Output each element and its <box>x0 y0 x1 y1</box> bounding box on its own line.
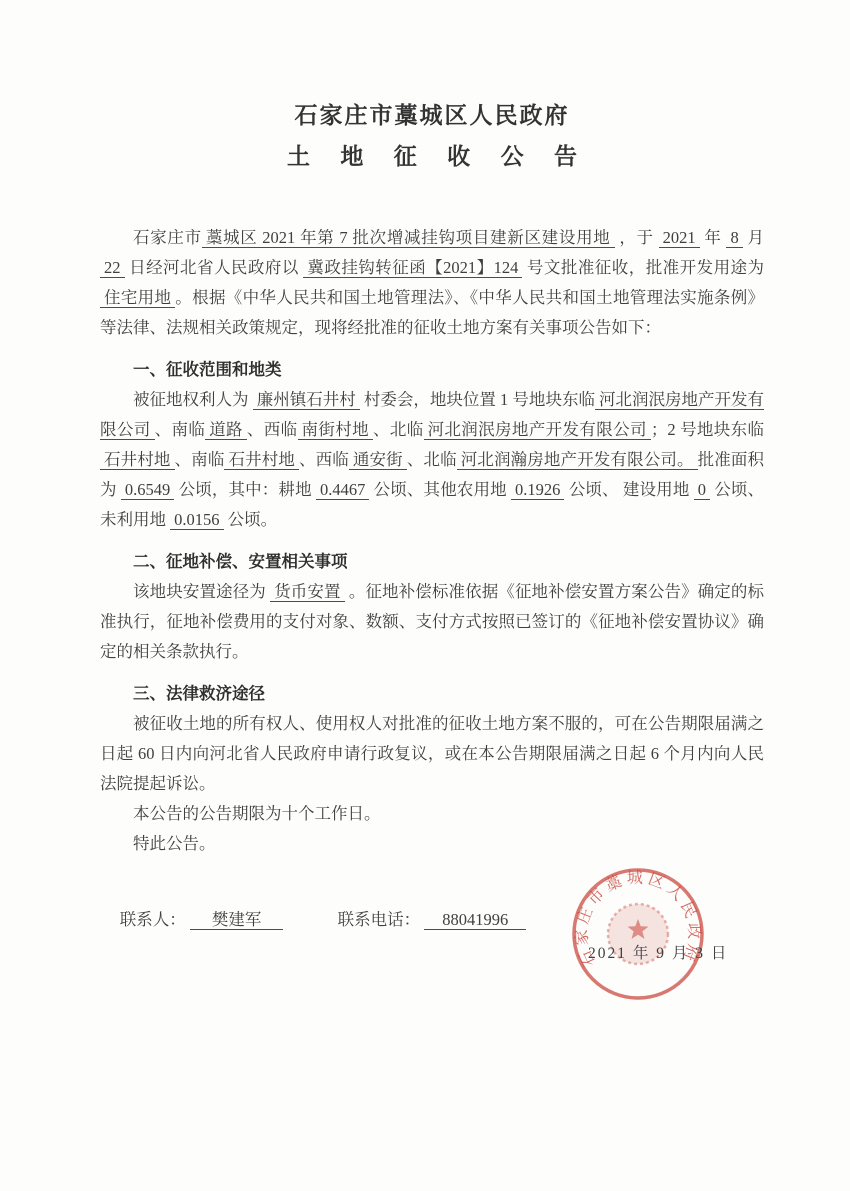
text-segment: ；2 号地块东临 <box>651 420 764 439</box>
contact-phone-value: 88041996 <box>424 910 526 930</box>
text-segment: 、西临 <box>247 420 298 439</box>
text-segment: 公顷、 建设用地 <box>564 480 693 499</box>
paragraph: 本公告的公告期限为十个工作日。 <box>100 799 764 829</box>
underlined-value: 南街村地 <box>298 420 373 440</box>
underlined-value: 住宅用地 <box>100 288 175 308</box>
text-segment: 公顷、其他农用地 <box>369 480 511 499</box>
section-heading: 三、法律救济途径 <box>100 679 764 709</box>
underlined-value: 廉州镇石井村 <box>253 390 360 410</box>
text-segment: 特此公告。 <box>133 834 216 853</box>
contact-phone-label: 联系电话： <box>338 910 421 929</box>
text-segment: 。根据《中华人民共和国土地管理法》、《中华人民共和国土地管理法实施条例》等法律、… <box>100 288 764 337</box>
underlined-value: 藁城区 2021 年第 7 批次增减挂钩项目建新区建设用地 <box>202 228 615 248</box>
underlined-value: 0.1926 <box>511 480 564 500</box>
text-segment: 该地块安置途径为 <box>133 582 270 601</box>
seal-graphic: 石家庄市藁城区人民政府 <box>553 849 723 1019</box>
underlined-value: 0.0156 <box>170 510 223 530</box>
section-heading: 一、征收范围和地类 <box>100 355 764 385</box>
official-seal: 石家庄市藁城区人民政府 <box>553 849 723 1019</box>
text-segment: 本公告的公告期限为十个工作日。 <box>133 804 381 823</box>
text-segment: 月 <box>743 228 764 247</box>
underlined-value: 通安街 <box>349 450 407 470</box>
underlined-value: 石井村地 <box>100 450 175 470</box>
paragraph: 该地块安置途径为 货币安置 。征地补偿标准依据《征地补偿安置方案公告》确定的标准… <box>100 577 764 667</box>
text-segment: 号文批准征收，批准开发用途为 <box>522 258 764 277</box>
text-segment: 、南临 <box>155 420 206 439</box>
underlined-value: 0.6549 <box>121 480 174 500</box>
text-segment: 村委会，地块位置 1 号地块东临 <box>360 390 595 409</box>
text-segment: ，于 <box>615 228 659 247</box>
underlined-value: 0.4467 <box>316 480 369 500</box>
text-segment: 、西临 <box>299 450 349 469</box>
underlined-value: 22 <box>100 258 125 278</box>
section-heading: 二、征地补偿、安置相关事项 <box>100 547 764 577</box>
text-segment: 公顷，其中：耕地 <box>174 480 316 499</box>
seal-date: 2021 年 9 月 3 日 <box>588 941 728 963</box>
underlined-value: 石井村地 <box>224 450 299 470</box>
underlined-value: 河北润泯房地产开发有限公司 <box>424 420 651 440</box>
underlined-value: 冀政挂钩转征函【2021】124 <box>303 258 522 278</box>
text-segment: 、南临 <box>175 450 225 469</box>
paragraph: 被征收土地的所有权人、使用权人对批准的征收土地方案不服的，可在公告期限届满之日起… <box>100 709 764 799</box>
text-segment: 石家庄市 <box>133 228 202 247</box>
document-subtitle: 土 地 征 收 公 告 <box>100 138 764 171</box>
underlined-value: 道路 <box>205 420 247 440</box>
underlined-value: 2021 <box>659 228 700 248</box>
text-segment: 年 <box>700 228 727 247</box>
underlined-value: 8 <box>726 228 742 248</box>
text-segment: 公顷。 <box>224 510 278 529</box>
paragraph: 石家庄市藁城区 2021 年第 7 批次增减挂钩项目建新区建设用地 ，于 202… <box>100 223 764 343</box>
underlined-value: 河北润瀚房地产开发有限公司。 <box>457 450 698 470</box>
document-title: 石家庄市藁城区人民政府 <box>100 97 764 130</box>
text-segment: 被征地权利人为 <box>133 390 253 409</box>
underlined-value: 货币安置 <box>270 582 344 602</box>
underlined-value: 0 <box>694 480 710 500</box>
paragraph: 被征地权利人为 廉州镇石井村 村委会，地块位置 1 号地块东临河北润泯房地产开发… <box>100 385 764 535</box>
text-segment: 、北临 <box>373 420 424 439</box>
text-segment: 日经河北省人民政府以 <box>125 258 304 277</box>
text-segment: 被征收土地的所有权人、使用权人对批准的征收土地方案不服的，可在公告期限届满之日起… <box>100 714 764 793</box>
text-segment: 、北临 <box>407 450 457 469</box>
contact-name-label: 联系人： <box>120 910 186 929</box>
document-body: 石家庄市藁城区 2021 年第 7 批次增减挂钩项目建新区建设用地 ，于 202… <box>100 223 764 859</box>
contact-name-value: 樊建军 <box>190 910 284 930</box>
